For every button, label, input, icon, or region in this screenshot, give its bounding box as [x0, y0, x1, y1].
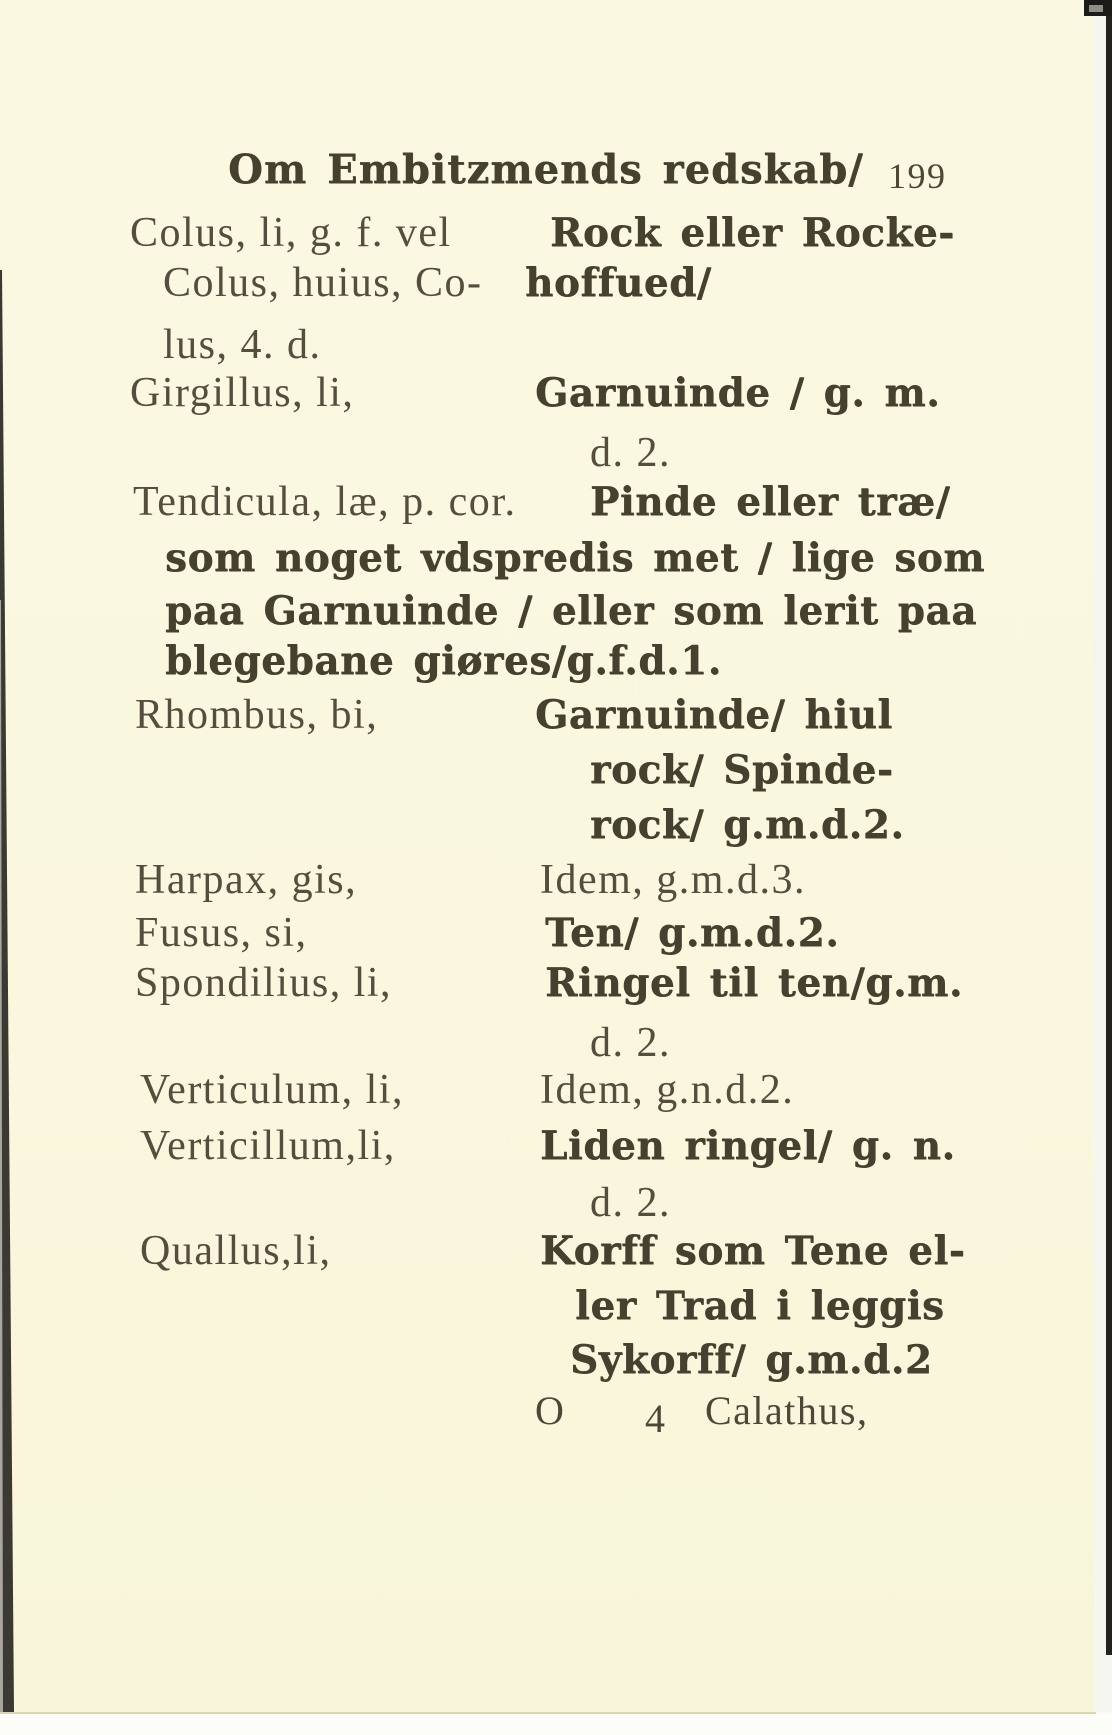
entry-lemma: Rhombus, bi, — [135, 694, 378, 736]
entry-gloss-continuation: ler Trad i leggis — [575, 1287, 944, 1326]
signature-number: 4 — [645, 1399, 667, 1439]
entry-gloss: Liden ringel/ g. n. — [540, 1127, 956, 1166]
entry-gloss: Idem, g.n.d.2. — [540, 1069, 794, 1111]
entry-lemma: Fusus, si, — [135, 912, 308, 954]
entry-gloss: Pinde eller træ/ — [590, 483, 950, 522]
entry-gloss-continuation: Sykorff/ g.m.d.2 — [570, 1341, 932, 1380]
entry-lemma: Girgillus, li, — [130, 372, 354, 414]
scan-corner-gray-patch — [1089, 5, 1103, 12]
entry-lemma: Harpax, gis, — [135, 859, 357, 901]
entry-gloss-continuation: rock/ g.m.d.2. — [590, 806, 904, 845]
entry-gloss-continuation: d. 2. — [590, 432, 671, 474]
entry-gloss-continuation: blegebane giøres/g.f.d.1. — [165, 642, 722, 681]
entry-gloss-continuation: rock/ Spinde- — [590, 751, 894, 790]
entry-gloss: Garnuinde / g. m. — [535, 374, 940, 413]
entry-gloss-continuation: d. 2. — [590, 1182, 671, 1224]
entry-gloss: Idem, g.m.d.3. — [540, 859, 806, 901]
running-header-title: Om Embitzmends redskab/ — [228, 150, 864, 190]
entry-lemma-continuation: Colus, huius, Co- — [163, 262, 483, 304]
entry-gloss: Garnuinde/ hiul — [535, 696, 893, 735]
catchword: Calathus, — [705, 1391, 868, 1431]
entry-lemma: Quallus,li, — [140, 1230, 332, 1272]
entry-gloss-continuation: paa Garnuinde / eller som lerit paa — [165, 592, 977, 631]
entry-gloss-continuation: som noget vdspredis met / lige som — [165, 539, 985, 578]
entry-lemma: Spondilius, li, — [135, 962, 392, 1004]
entry-gloss-continuation: hoffued/ — [525, 264, 712, 303]
entry-gloss: Rock eller Rocke- — [550, 214, 955, 253]
scan-edge-right-black — [1106, 0, 1112, 1655]
entry-lemma: Verticulum, li, — [140, 1069, 404, 1111]
entry-gloss: Korff som Tene el- — [540, 1232, 965, 1271]
signature-mark: O — [535, 1391, 565, 1431]
entry-lemma: Verticillum,li, — [140, 1125, 396, 1167]
entry-lemma: Tendicula, læ, p. cor. — [133, 481, 516, 523]
scanned-book-page: Om Embitzmends redskab/ 199 Colus, li, g… — [0, 0, 1112, 1735]
entry-gloss: Ringel til ten/g.m. — [545, 964, 963, 1003]
page-number: 199 — [888, 158, 947, 194]
entry-lemma: Colus, li, g. f. vel — [130, 212, 452, 254]
entry-gloss: Ten/ g.m.d.2. — [545, 914, 839, 953]
entry-lemma-continuation: lus, 4. d. — [163, 324, 322, 366]
scan-edge-bottom-white — [0, 1714, 1112, 1735]
entry-gloss-continuation: d. 2. — [590, 1022, 671, 1064]
